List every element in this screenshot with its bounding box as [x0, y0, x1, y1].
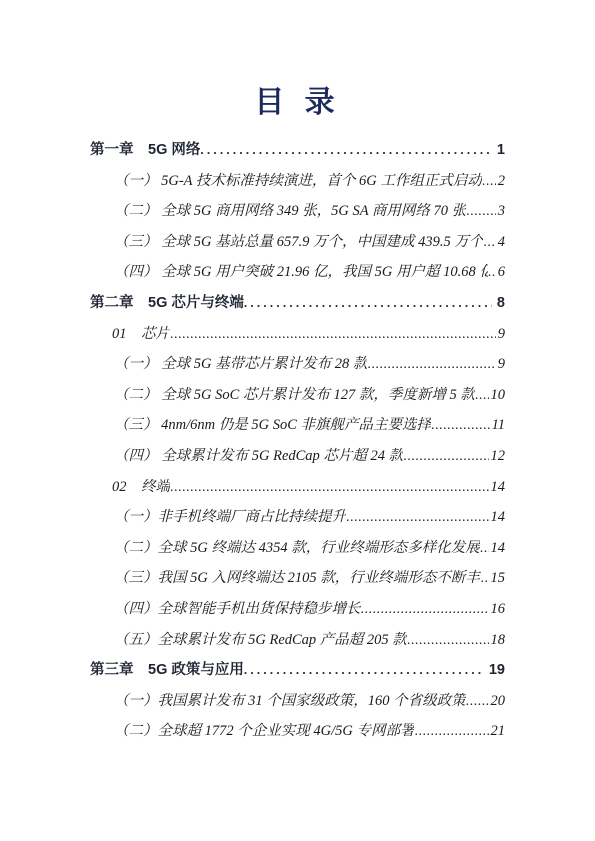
- toc-entry-page: 3: [496, 196, 505, 227]
- toc-entry[interactable]: （四） 全球 5G 用户突破 21.96 亿，我国 5G 用户超 10.68 亿…: [90, 257, 505, 288]
- dot-leader: [481, 563, 489, 594]
- toc-entry-page: 2: [496, 166, 505, 197]
- toc-entry-page: 15: [489, 563, 506, 594]
- toc-entry-label: （四）全球智能手机出货保持稳步增长: [114, 594, 361, 625]
- dot-leader: [475, 380, 489, 411]
- dot-leader: [407, 625, 489, 656]
- toc-entry[interactable]: （五）全球累计发布 5G RedCap 产品超 205 款 18: [90, 625, 505, 656]
- toc-entry-page: 9: [496, 319, 505, 350]
- toc-entry-label: 第一章 5G 网络: [90, 135, 200, 166]
- toc-entry-page: 19: [484, 655, 505, 686]
- toc-entry-page: 4: [496, 227, 505, 258]
- toc-entry-page: 21: [489, 716, 506, 747]
- dot-leader: [488, 257, 496, 288]
- toc-entry-label: （二） 全球 5G SoC 芯片累计发布 127 款，季度新增 5 款: [114, 380, 475, 411]
- toc-entry[interactable]: （四） 全球累计发布 5G RedCap 芯片超 24 款 12: [90, 441, 505, 472]
- toc-entry-label: （一）非手机终端厂商占比持续提升: [114, 502, 346, 533]
- dot-leader: [244, 655, 484, 686]
- toc-entry-label: 第三章 5G 政策与应用: [90, 655, 244, 686]
- toc-entry-page: 10: [489, 380, 506, 411]
- toc-entry-label: （一）我国累计发布 31 个国家级政策，160 个省级政策: [114, 686, 466, 717]
- toc-entry-page: 9: [496, 349, 505, 380]
- toc-entry[interactable]: 01 芯片 9: [90, 319, 505, 350]
- toc-entry[interactable]: （三） 4nm/6nm 仍是 5G SoC 非旗舰产品主要选择 11: [90, 410, 505, 441]
- toc-entry-label: 第二章 5G 芯片与终端: [90, 288, 244, 319]
- dot-leader: [170, 319, 496, 350]
- toc-entry-page: 6: [496, 257, 505, 288]
- toc-entry-label: （二）全球超 1772 个企业实现 4G/5G 专网部署: [114, 716, 414, 747]
- toc-entry-page: 14: [489, 533, 506, 564]
- dot-leader: [431, 410, 490, 441]
- toc-entry-label: （一） 5G-A 技术标准持续演进，首个 6G 工作组正式启动: [114, 166, 482, 197]
- toc-entry[interactable]: 02 终端 14: [90, 472, 505, 503]
- dot-leader: [466, 686, 489, 717]
- toc-entry[interactable]: （一）我国累计发布 31 个国家级政策，160 个省级政策 20: [90, 686, 505, 717]
- dot-leader: [367, 349, 495, 380]
- page-title: 目 录: [0, 84, 595, 122]
- toc-entry-label: （四） 全球累计发布 5G RedCap 芯片超 24 款: [114, 441, 403, 472]
- dot-leader: [480, 533, 489, 564]
- toc-entry-page: 12: [489, 441, 506, 472]
- toc-entry[interactable]: 第二章 5G 芯片与终端 8: [90, 288, 505, 319]
- toc-entry-page: 14: [489, 472, 506, 503]
- dot-leader: [403, 441, 488, 472]
- toc-entry-page: 1: [492, 135, 505, 166]
- toc-entry[interactable]: （一） 5G-A 技术标准持续演进，首个 6G 工作组正式启动 2: [90, 166, 505, 197]
- toc-entry-label: 02 终端: [112, 472, 170, 503]
- toc-entry[interactable]: 第一章 5G 网络 1: [90, 135, 505, 166]
- dot-leader: [346, 502, 489, 533]
- toc-entry-page: 20: [489, 686, 506, 717]
- dot-leader: [361, 594, 489, 625]
- toc-entry[interactable]: （一）非手机终端厂商占比持续提升 14: [90, 502, 505, 533]
- toc-entry[interactable]: （二）全球 5G 终端达 4354 款，行业终端形态多样化发展 14: [90, 533, 505, 564]
- toc-entry[interactable]: （三）我国 5G 入网终端达 2105 款，行业终端形态不断丰富 15: [90, 563, 505, 594]
- toc-entry[interactable]: （四）全球智能手机出货保持稳步增长 16: [90, 594, 505, 625]
- toc-entry-page: 8: [492, 288, 505, 319]
- dot-leader: [244, 288, 492, 319]
- toc-entry[interactable]: （二） 全球 5G 商用网络 349 张，5G SA 商用网络 70 张 3: [90, 196, 505, 227]
- document-page: 目 录 第一章 5G 网络 1 （一） 5G-A 技术标准持续演进，首个 6G …: [0, 0, 595, 841]
- toc-entry-label: （三） 全球 5G 基站总量 657.9 万个，中国建成 439.5 万个: [114, 227, 483, 258]
- toc-entry-page: 16: [489, 594, 506, 625]
- toc-entry-label: （三） 4nm/6nm 仍是 5G SoC 非旗舰产品主要选择: [114, 410, 431, 441]
- toc-entry[interactable]: （三） 全球 5G 基站总量 657.9 万个，中国建成 439.5 万个 4: [90, 227, 505, 258]
- dot-leader: [466, 196, 496, 227]
- toc-entry-label: （二）全球 5G 终端达 4354 款，行业终端形态多样化发展: [114, 533, 480, 564]
- toc-entry-label: （一） 全球 5G 基带芯片累计发布 28 款: [114, 349, 367, 380]
- dot-leader: [482, 166, 496, 197]
- toc-entry-label: 01 芯片: [112, 319, 170, 350]
- toc-list: 第一章 5G 网络 1 （一） 5G-A 技术标准持续演进，首个 6G 工作组正…: [0, 135, 595, 747]
- toc-entry[interactable]: （二）全球超 1772 个企业实现 4G/5G 专网部署 21: [90, 716, 505, 747]
- toc-entry[interactable]: （一） 全球 5G 基带芯片累计发布 28 款 9: [90, 349, 505, 380]
- dot-leader: [483, 227, 495, 258]
- toc-entry-page: 11: [490, 410, 505, 441]
- toc-entry-page: 14: [489, 502, 506, 533]
- toc-entry-label: （三）我国 5G 入网终端达 2105 款，行业终端形态不断丰富: [114, 563, 481, 594]
- toc-entry-page: 18: [489, 625, 506, 656]
- toc-entry[interactable]: （二） 全球 5G SoC 芯片累计发布 127 款，季度新增 5 款 10: [90, 380, 505, 411]
- toc-entry-label: （二） 全球 5G 商用网络 349 张，5G SA 商用网络 70 张: [114, 196, 466, 227]
- toc-entry[interactable]: 第三章 5G 政策与应用 19: [90, 655, 505, 686]
- dot-leader: [170, 472, 489, 503]
- toc-entry-label: （四） 全球 5G 用户突破 21.96 亿，我国 5G 用户超 10.68 亿: [114, 257, 488, 288]
- toc-entry-label: （五）全球累计发布 5G RedCap 产品超 205 款: [114, 625, 407, 656]
- dot-leader: [414, 716, 488, 747]
- dot-leader: [200, 135, 492, 166]
